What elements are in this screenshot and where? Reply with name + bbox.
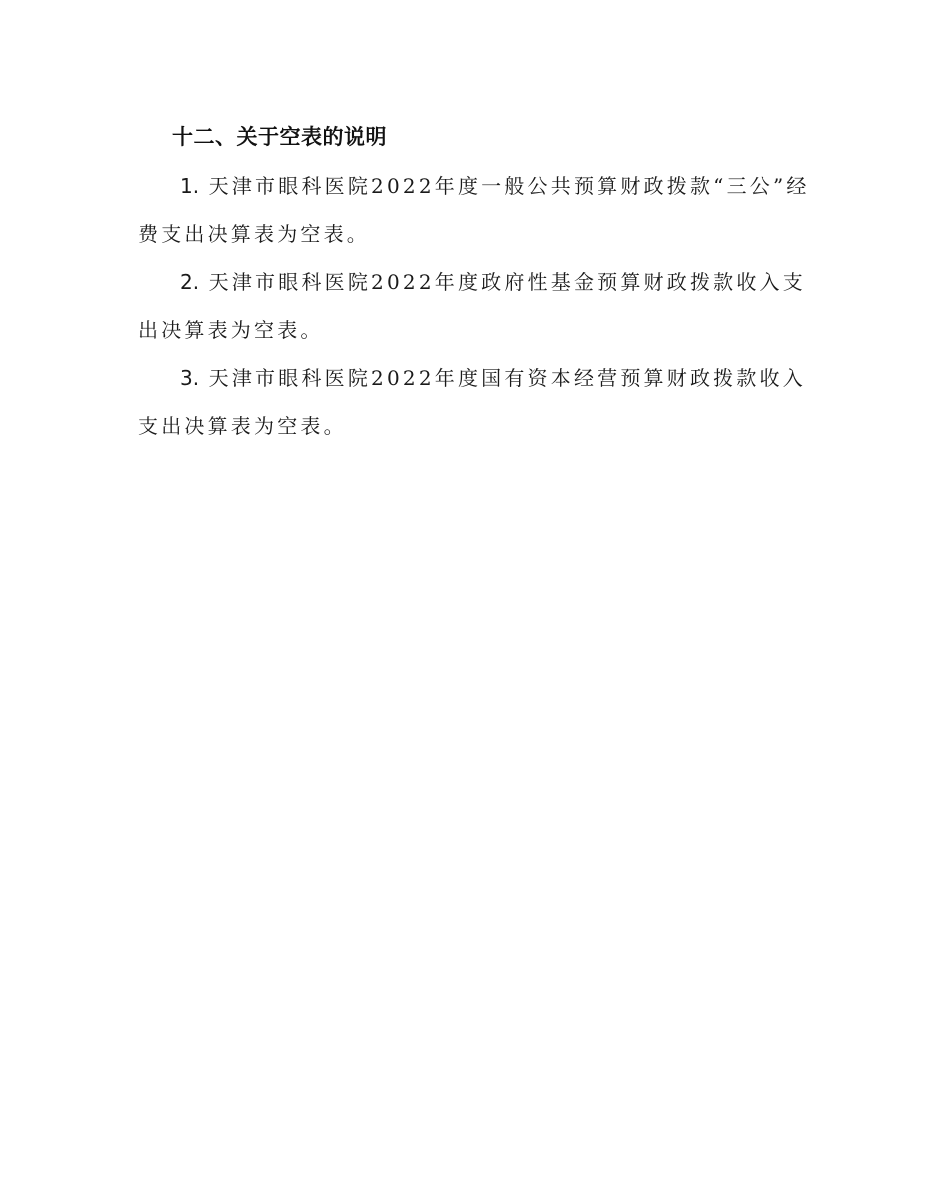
- paragraph-2-number: 2.: [180, 270, 199, 294]
- section-heading: 十二、关于空表的说明: [172, 122, 387, 152]
- document-page: 十二、关于空表的说明 1. 天津市眼科医院2022年度一般公共预算财政拨款“三公…: [0, 0, 927, 1200]
- paragraph-2: 2. 天津市眼科医院2022年度政府性基金预算财政拨款收入支 出决算表为空表。: [138, 258, 778, 354]
- paragraph-1: 1. 天津市眼科医院2022年度一般公共预算财政拨款“三公”经 费支出决算表为空…: [138, 162, 778, 258]
- paragraph-2-text-1: 天津市眼科医院2022年度政府性基金预算财政拨款收入支: [209, 270, 806, 294]
- paragraph-1-text-1: 天津市眼科医院2022年度一般公共预算财政拨款“三公”经: [209, 174, 810, 198]
- paragraph-3-text-1: 天津市眼科医院2022年度国有资本经营预算财政拨款收入: [209, 366, 806, 390]
- paragraph-3-line-1: 3. 天津市眼科医院2022年度国有资本经营预算财政拨款收入: [138, 354, 778, 402]
- paragraph-3: 3. 天津市眼科医院2022年度国有资本经营预算财政拨款收入 支出决算表为空表。: [138, 354, 778, 450]
- paragraph-2-line-2: 出决算表为空表。: [138, 306, 778, 354]
- paragraph-1-line-2: 费支出决算表为空表。: [138, 210, 778, 258]
- paragraph-1-number: 1.: [180, 174, 199, 198]
- paragraph-1-line-1: 1. 天津市眼科医院2022年度一般公共预算财政拨款“三公”经: [138, 162, 778, 210]
- paragraph-2-line-1: 2. 天津市眼科医院2022年度政府性基金预算财政拨款收入支: [138, 258, 778, 306]
- paragraph-3-number: 3.: [180, 366, 199, 390]
- paragraph-3-line-2: 支出决算表为空表。: [138, 402, 778, 450]
